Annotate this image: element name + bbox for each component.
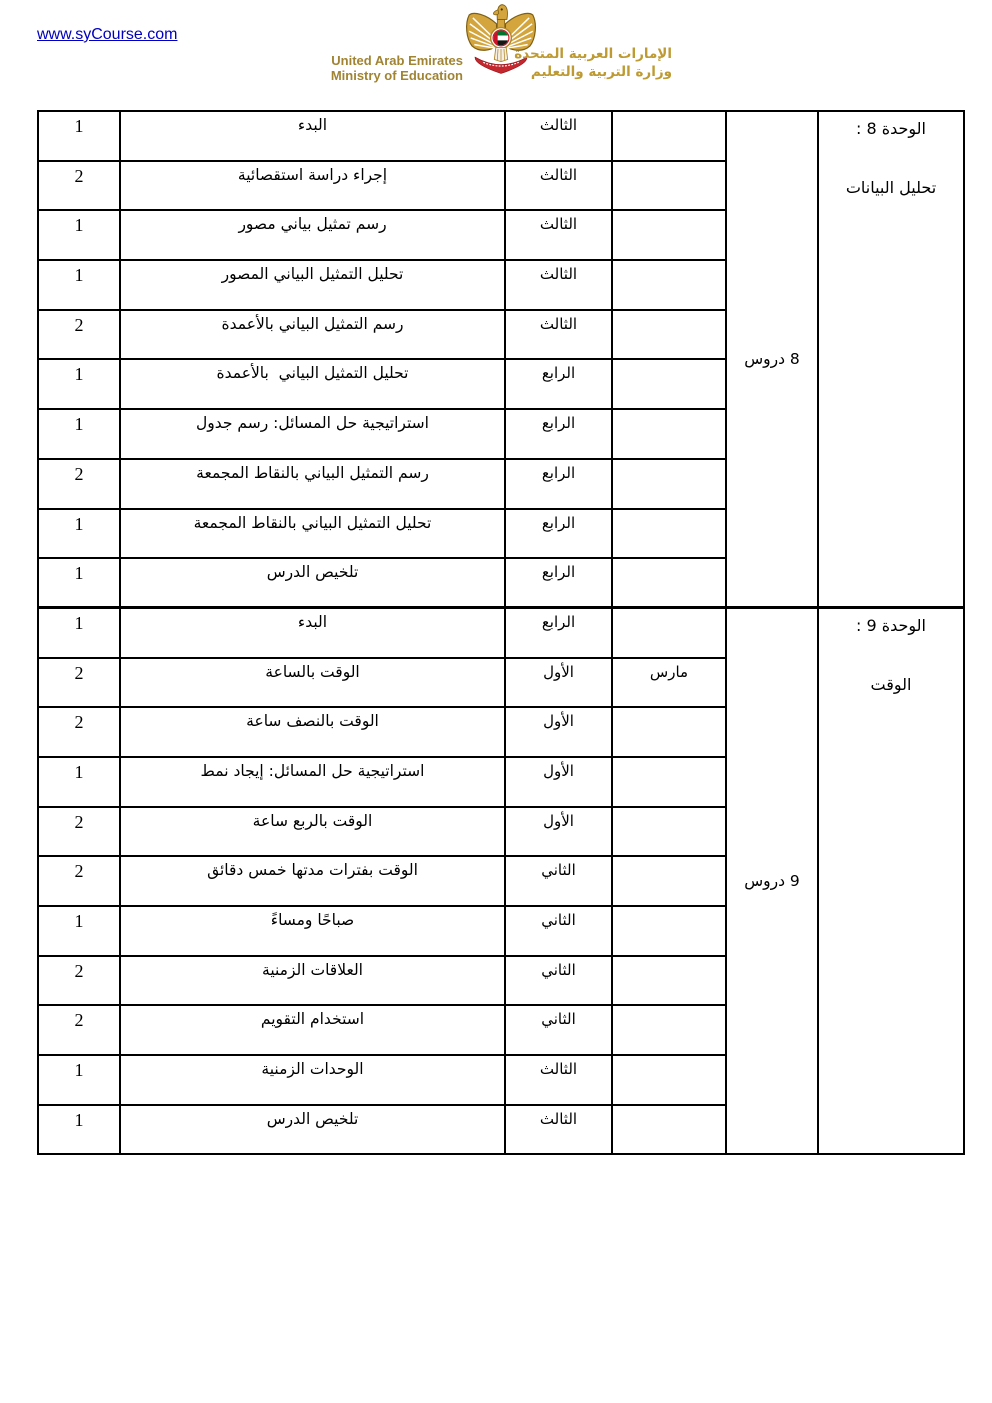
week-cell: الرابع <box>505 459 612 509</box>
week-cell: الأول <box>505 807 612 857</box>
periods-cell: 1 <box>38 1055 120 1105</box>
periods-cell: 2 <box>38 856 120 906</box>
lesson-title-cell: البدء <box>120 111 505 161</box>
periods-cell: 1 <box>38 359 120 409</box>
month-cell <box>612 707 726 757</box>
week-cell: الثاني <box>505 906 612 956</box>
periods-cell: 2 <box>38 1005 120 1055</box>
lesson-title-cell: الوقت بفترات مدتها خمس دقائق <box>120 856 505 906</box>
month-cell <box>612 459 726 509</box>
month-cell <box>612 1055 726 1105</box>
lesson-title-cell: تحليل التمثيل البياني بالأعمدة <box>120 359 505 409</box>
periods-cell: 2 <box>38 658 120 708</box>
periods-cell: 1 <box>38 757 120 807</box>
lesson-title-cell: تحليل التمثيل البياني المصور <box>120 260 505 310</box>
unit-subtitle: تحليل البيانات <box>822 178 960 197</box>
lesson-title-cell: استراتيجية حل المسائل: إيجاد نمط <box>120 757 505 807</box>
ministry-ar-line1: الإمارات العربية المتحدة <box>514 46 672 64</box>
ministry-name-english: United Arab Emirates Ministry of Educati… <box>331 54 463 83</box>
month-cell <box>612 558 726 608</box>
lesson-title-cell: استخدام التقويم <box>120 1005 505 1055</box>
week-cell: الثاني <box>505 856 612 906</box>
unit-cell: الوحدة 9 : الوقت <box>818 608 964 1155</box>
week-cell: الرابع <box>505 558 612 608</box>
month-cell <box>612 409 726 459</box>
lesson-title-cell: صباحًا ومساءً <box>120 906 505 956</box>
month-cell <box>612 1105 726 1155</box>
ministry-ar-line2: وزارة التربية والتعليم <box>514 64 672 82</box>
week-cell: الثاني <box>505 1005 612 1055</box>
month-cell <box>612 608 726 658</box>
periods-cell: 1 <box>38 1105 120 1155</box>
curriculum-table: الوحدة 8 : تحليل البيانات 8 دروس الثالث … <box>37 110 965 1155</box>
week-cell: الرابع <box>505 359 612 409</box>
lesson-title-cell: الوحدات الزمنية <box>120 1055 505 1105</box>
ministry-name-arabic: الإمارات العربية المتحدة وزارة التربية و… <box>514 46 672 81</box>
lesson-title-cell: الوقت بالربع ساعة <box>120 807 505 857</box>
periods-cell: 2 <box>38 956 120 1006</box>
table-row: الوحدة 9 : الوقت 9 دروس الرابع البدء 1 <box>38 608 964 658</box>
periods-cell: 1 <box>38 409 120 459</box>
periods-cell: 1 <box>38 509 120 559</box>
lesson-title-cell: تلخيص الدرس <box>120 1105 505 1155</box>
lesson-title-cell: تحليل التمثيل البياني بالنقاط المجمعة <box>120 509 505 559</box>
week-cell: الثالث <box>505 111 612 161</box>
unit-subtitle: الوقت <box>822 675 960 694</box>
lesson-title-cell: رسم تمثيل بياني مصور <box>120 210 505 260</box>
periods-cell: 1 <box>38 210 120 260</box>
lesson-count-cell: 9 دروس <box>726 608 818 1155</box>
week-cell: الثالث <box>505 310 612 360</box>
month-cell <box>612 260 726 310</box>
week-cell: الثالث <box>505 210 612 260</box>
periods-cell: 1 <box>38 558 120 608</box>
periods-cell: 2 <box>38 459 120 509</box>
week-cell: الثالث <box>505 260 612 310</box>
week-cell: الرابع <box>505 509 612 559</box>
week-cell: الأول <box>505 707 612 757</box>
month-cell <box>612 757 726 807</box>
periods-cell: 2 <box>38 807 120 857</box>
month-cell <box>612 807 726 857</box>
lesson-count-cell: 8 دروس <box>726 111 818 608</box>
periods-cell: 1 <box>38 906 120 956</box>
unit-title: الوحدة 8 : <box>822 119 960 138</box>
sycourse-link[interactable]: www.syCourse.com <box>37 26 177 44</box>
month-cell <box>612 111 726 161</box>
periods-cell: 2 <box>38 707 120 757</box>
week-cell: الأول <box>505 658 612 708</box>
ministry-en-line2: Ministry of Education <box>331 69 463 84</box>
lesson-title-cell: تلخيص الدرس <box>120 558 505 608</box>
lesson-title-cell: رسم التمثيل البياني بالأعمدة <box>120 310 505 360</box>
lesson-title-cell: الوقت بالنصف ساعة <box>120 707 505 757</box>
lesson-title-cell: البدء <box>120 608 505 658</box>
month-cell <box>612 856 726 906</box>
periods-cell: 1 <box>38 608 120 658</box>
week-cell: الثالث <box>505 161 612 211</box>
lesson-title-cell: رسم التمثيل البياني بالنقاط المجمعة <box>120 459 505 509</box>
month-cell <box>612 906 726 956</box>
week-cell: الأول <box>505 757 612 807</box>
unit-cell: الوحدة 8 : تحليل البيانات <box>818 111 964 608</box>
month-cell <box>612 1005 726 1055</box>
lesson-title-cell: العلاقات الزمنية <box>120 956 505 1006</box>
week-cell: الثالث <box>505 1055 612 1105</box>
ministry-en-line1: United Arab Emirates <box>331 54 463 69</box>
week-cell: الرابع <box>505 409 612 459</box>
month-cell <box>612 161 726 211</box>
month-cell <box>612 509 726 559</box>
periods-cell: 2 <box>38 310 120 360</box>
week-cell: الثالث <box>505 1105 612 1155</box>
periods-cell: 1 <box>38 260 120 310</box>
periods-cell: 2 <box>38 161 120 211</box>
week-cell: الثاني <box>505 956 612 1006</box>
month-cell <box>612 310 726 360</box>
table-row: الوحدة 8 : تحليل البيانات 8 دروس الثالث … <box>38 111 964 161</box>
lesson-title-cell: إجراء دراسة استقصائية <box>120 161 505 211</box>
week-cell: الرابع <box>505 608 612 658</box>
unit-title: الوحدة 9 : <box>822 616 960 635</box>
month-cell <box>612 956 726 1006</box>
lesson-title-cell: الوقت بالساعة <box>120 658 505 708</box>
month-cell <box>612 210 726 260</box>
month-cell <box>612 359 726 409</box>
lesson-title-cell: استراتيجية حل المسائل: رسم جدول <box>120 409 505 459</box>
month-cell: مارس <box>612 658 726 708</box>
periods-cell: 1 <box>38 111 120 161</box>
